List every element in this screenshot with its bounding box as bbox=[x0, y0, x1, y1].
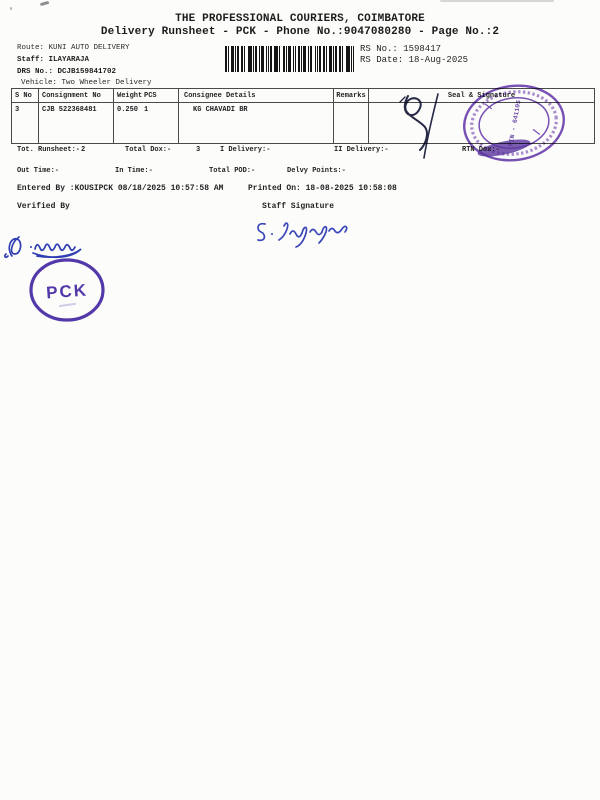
total-dox-label: Total Dox:- bbox=[125, 147, 171, 155]
drs-no-line: DRS No.: DCJB159841702 bbox=[17, 68, 116, 76]
total-dox-value: 3 bbox=[196, 147, 200, 155]
cell-pcs: 1 bbox=[144, 106, 148, 114]
printed-on-line: Printed On: 18-08-2025 10:58:08 bbox=[248, 185, 397, 194]
tot-runsheet-label: Tot. Runsheet:- bbox=[17, 147, 80, 155]
runsheet-barcode bbox=[225, 46, 355, 72]
col-header-consignment: Consignment No bbox=[39, 89, 114, 103]
cell-sno: 3 bbox=[12, 103, 39, 144]
cell-consignment-no: CJB 522368481 bbox=[39, 103, 114, 144]
vehicle-line: Vehicle: Two Wheeler Delivery bbox=[21, 79, 152, 87]
delivery-runsheet-page: THE PROFESSIONAL COURIERS, COIMBATORE De… bbox=[0, 0, 600, 800]
staff-line: Staff: ILAYARAJA bbox=[17, 56, 89, 64]
pck-stamp: PCK bbox=[26, 256, 108, 324]
staff-signature-handwriting bbox=[248, 217, 356, 249]
page-subtitle: Delivery Runsheet - PCK - Phone No.:9047… bbox=[0, 26, 600, 38]
cell-weight-pcs: 0.2501 bbox=[114, 103, 179, 144]
rtn-dox-label: RTN Dox:- bbox=[462, 147, 500, 155]
rs-date-line: RS Date: 18-Aug-2025 bbox=[360, 56, 468, 66]
col-header-pcs: PCS bbox=[144, 92, 157, 100]
ii-delivery-label: II Delivery:- bbox=[334, 147, 389, 155]
page-title: THE PROFESSIONAL COURIERS, COIMBATORE bbox=[0, 13, 600, 25]
cell-weight: 0.250 bbox=[117, 106, 144, 114]
cell-consignee: KG CHAVADI BR bbox=[179, 103, 334, 144]
col-header-weight-pcs: WeightPCS bbox=[114, 89, 179, 103]
in-time-label: In Time:- bbox=[115, 168, 153, 176]
verified-by-label: Verified By bbox=[17, 203, 70, 212]
col-header-remarks: Remarks bbox=[334, 89, 369, 103]
staff-signature-label: Staff Signature bbox=[262, 203, 334, 212]
col-header-consignee: Consignee Details bbox=[179, 89, 334, 103]
pen-speck bbox=[10, 7, 12, 10]
pen-mark bbox=[40, 1, 49, 6]
col-header-sno: S No bbox=[12, 89, 39, 103]
rs-no-line: RS No.: 1598417 bbox=[360, 45, 441, 55]
round-seal-stamp: PIN - 641105 bbox=[458, 80, 572, 168]
cell-remarks bbox=[334, 103, 369, 144]
seal-signature-scribble bbox=[380, 88, 465, 168]
out-time-label: Out Time:- bbox=[17, 168, 59, 176]
total-pod-label: Total POD:- bbox=[209, 168, 255, 176]
col-header-weight: Weight bbox=[117, 92, 144, 100]
route-line: Route: KUNI AUTO DELIVERY bbox=[17, 44, 130, 52]
tot-runsheet-value: 2 bbox=[81, 147, 85, 155]
entered-by-line: Entered By :KOUSIPCK 08/18/2025 10:57:58… bbox=[17, 185, 223, 194]
scan-smudge bbox=[440, 0, 554, 2]
pck-stamp-text: PCK bbox=[46, 281, 89, 303]
delvy-points-label: Delvy Points:- bbox=[287, 168, 346, 176]
i-delivery-label: I Delivery:- bbox=[220, 147, 270, 155]
